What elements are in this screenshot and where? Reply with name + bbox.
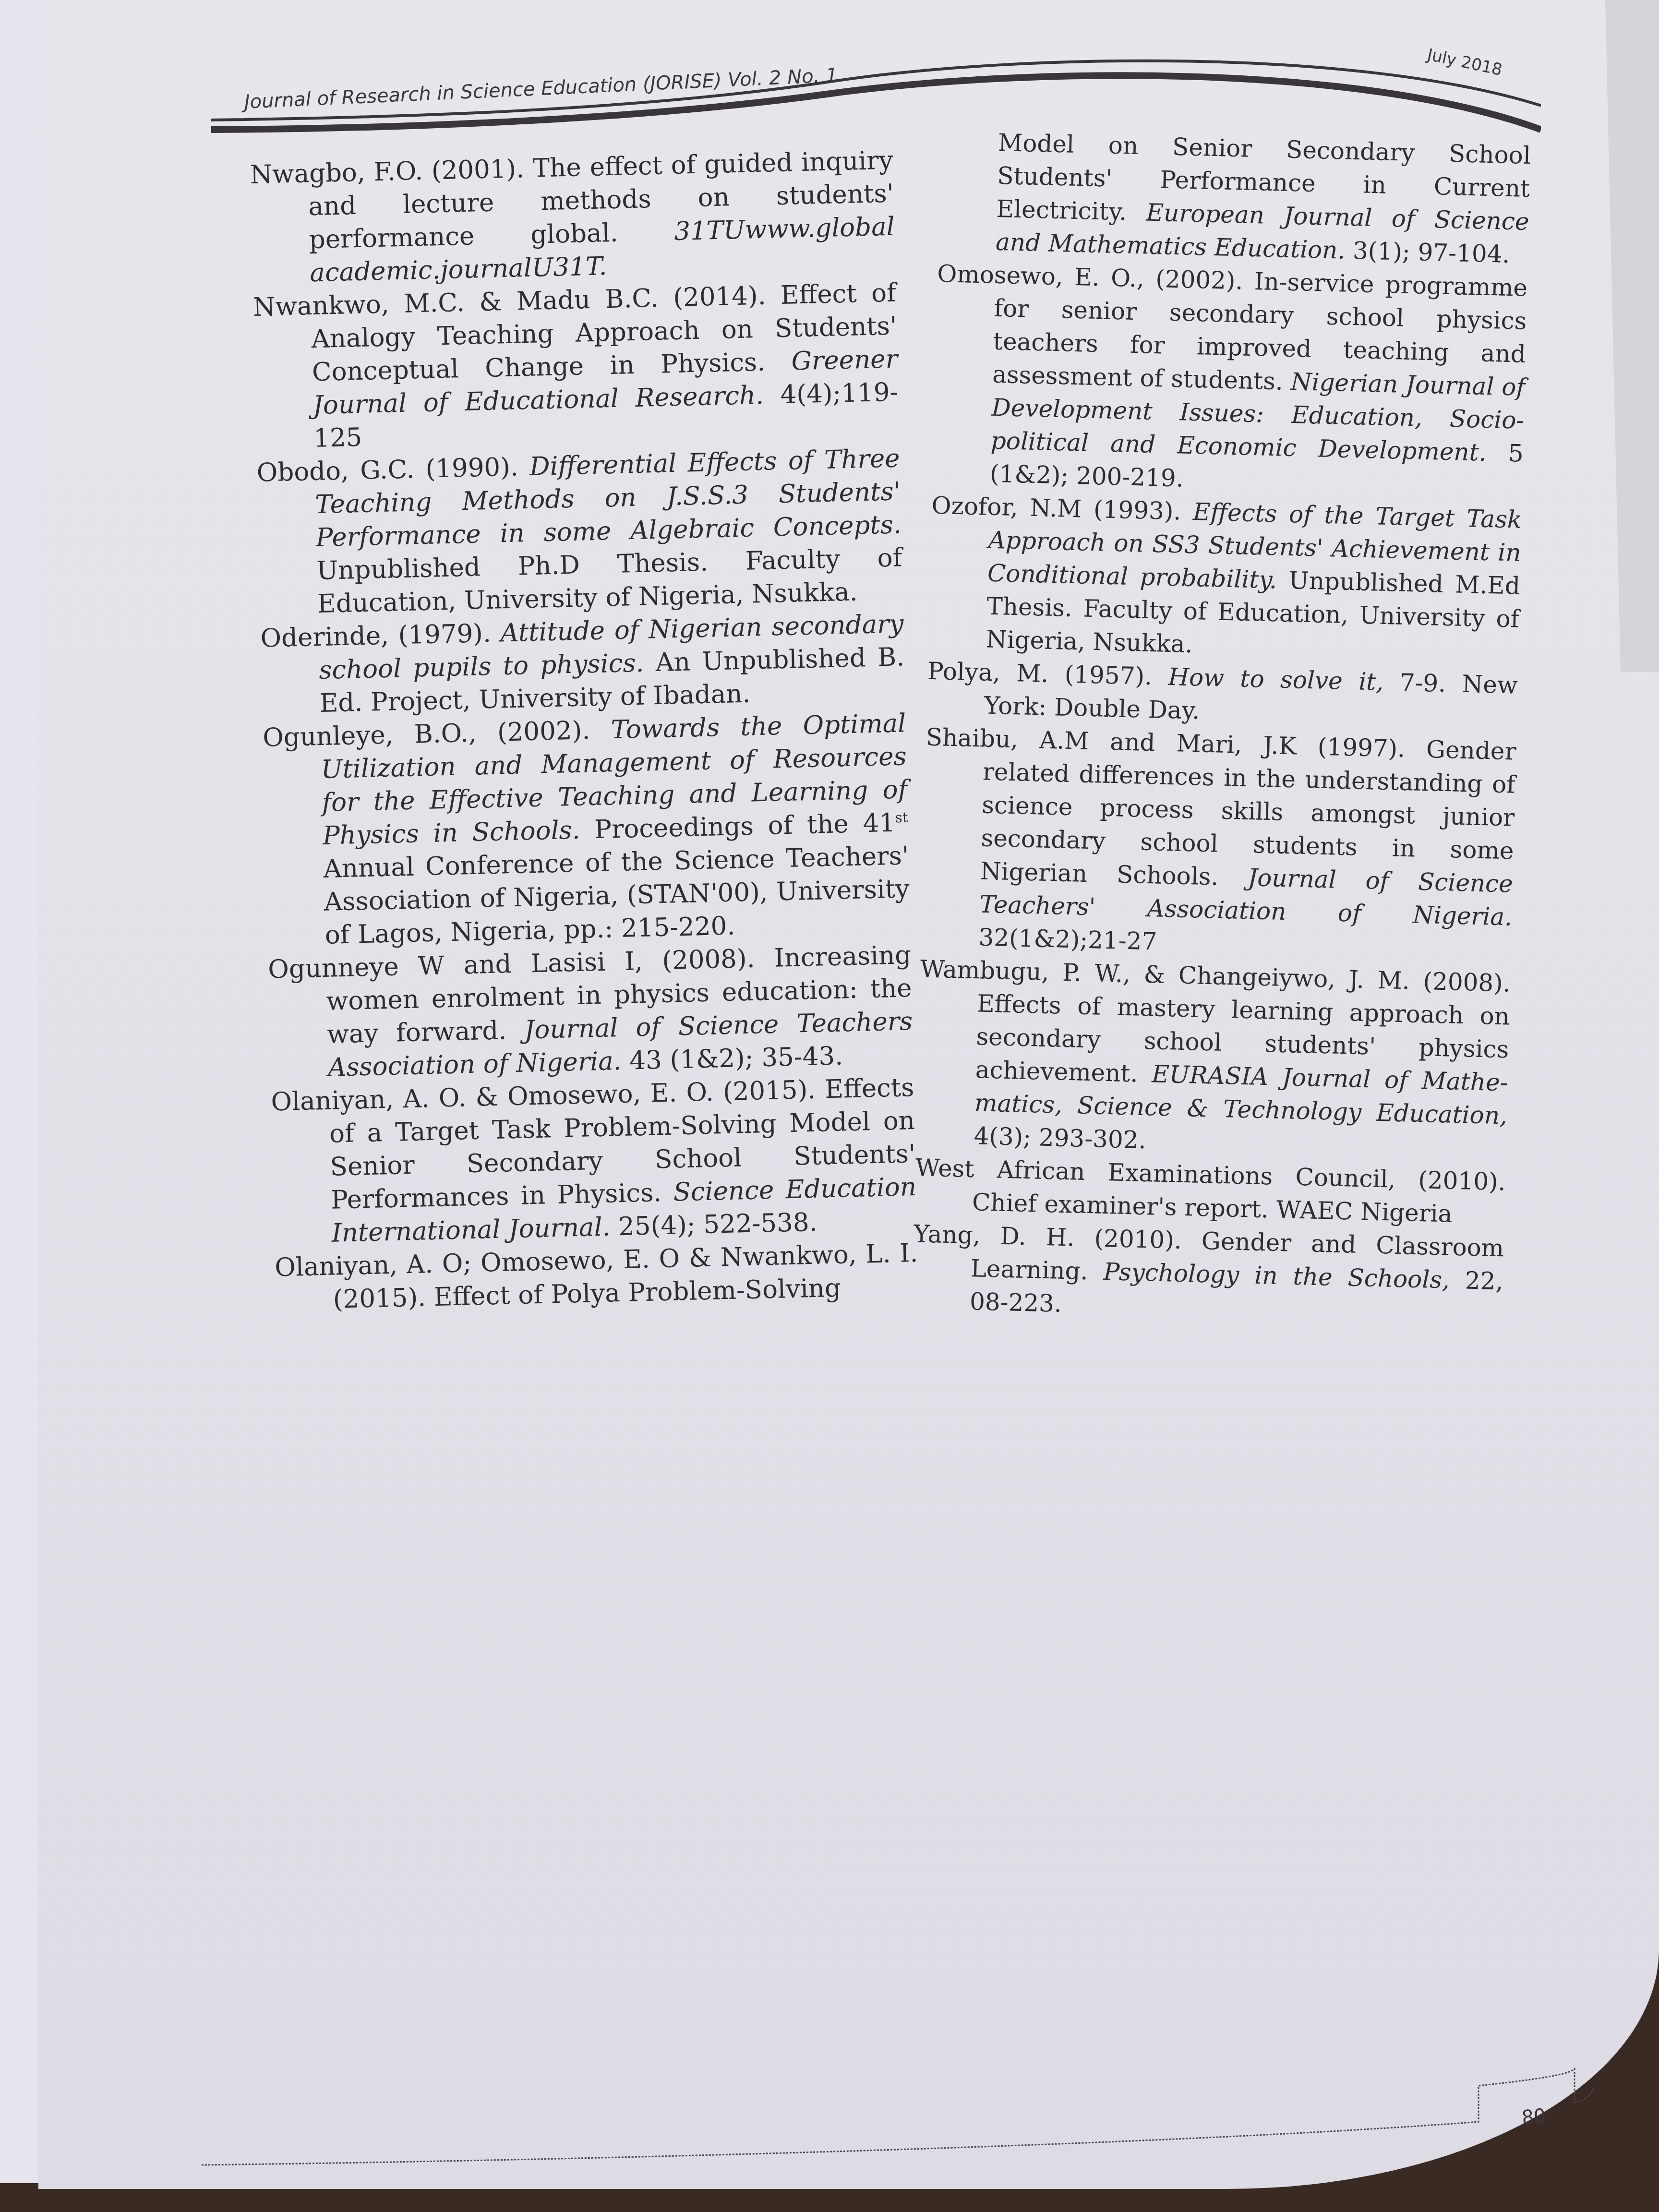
- reference-volume-pages: 4(3); 293-302.: [974, 1122, 1146, 1154]
- reference-entry: Ozofor, N.M (1993). Effects of the Targe…: [928, 489, 1522, 669]
- reference-volume-pages: 43 (1&2); 35-43.: [629, 1041, 843, 1075]
- reference-details: Proceedings of the 41: [594, 808, 896, 844]
- reference-author-year: Yang, D. H. (2010).: [914, 1220, 1182, 1254]
- ordinal-suffix: st: [895, 809, 908, 826]
- reference-entry: Nwankwo, M.C. & Madu B.C. (2014). Effect…: [252, 276, 899, 457]
- references-right-column: Model on Senior Secondary School Student…: [912, 125, 1531, 1331]
- reference-entry: Ogunneye W and Lasisi I, (2008). Increas…: [268, 938, 914, 1085]
- reference-volume-pages: 32(1&2);21-27: [978, 923, 1157, 955]
- reference-entry: Ogunleye, B.O., (2002). Towards the Opti…: [263, 707, 911, 953]
- page-curl: [1582, 0, 1659, 672]
- reference-entry: Shaibu, A.M and Mari, J.K (1997). Gender…: [921, 721, 1516, 967]
- reference-entry-continuation: Model on Senior Secondary School Student…: [938, 125, 1531, 272]
- reference-title: How to solve it,: [1168, 663, 1384, 696]
- reference-entry: Yang, D. H. (2010). Gender and Classroom…: [912, 1217, 1504, 1331]
- reference-author-year: Oderinde, (1979).: [260, 619, 491, 653]
- reference-entry: Oderinde, (1979). Attitude of Nigerian s…: [260, 607, 905, 721]
- reference-author-year: Obodo, G.C. (1990).: [256, 452, 518, 487]
- reference-author-year: Nwagbo, F.O. (2001).: [250, 154, 525, 190]
- reference-entry: Nwagbo, F.O. (2001). The effect of guide…: [250, 144, 896, 291]
- footer-rule: [202, 2040, 1594, 2184]
- reference-volume-pages: 25(4); 522-538.: [618, 1208, 818, 1241]
- reference-volume-pages: 3(1); 97-104.: [1353, 237, 1511, 268]
- reference-details: Unpublished Ph.D Thesis. Faculty of Educ…: [316, 543, 902, 619]
- reference-entry: Omosewo, E. O., (2002). In-service progr…: [932, 257, 1527, 504]
- page-number: 80: [1521, 2104, 1547, 2129]
- reference-entry: Olaniyan, A. O. & Omosewo, E. O. (2015).…: [271, 1071, 917, 1251]
- reference-author-year: Ozofor, N.M (1993).: [931, 492, 1181, 526]
- reference-entry: Wambugu, P. W., & Changeiywo, J. M. (200…: [916, 952, 1511, 1166]
- references-left-column: Nwagbo, F.O. (2001). The effect of guide…: [250, 144, 919, 1318]
- reference-author-year: Omosewo, E. O., (2002).: [937, 260, 1243, 295]
- reference-entry: Obodo, G.C. (1990). Differential Effects…: [256, 442, 903, 622]
- reference-author-year: Polya, M. (1957).: [927, 657, 1152, 690]
- reference-details: Annual Conference of the Science Teacher…: [323, 841, 910, 950]
- reference-author-year: Ogunleye, B.O., (2002).: [263, 716, 590, 752]
- reference-source: Psychology in the Schools,: [1103, 1258, 1450, 1294]
